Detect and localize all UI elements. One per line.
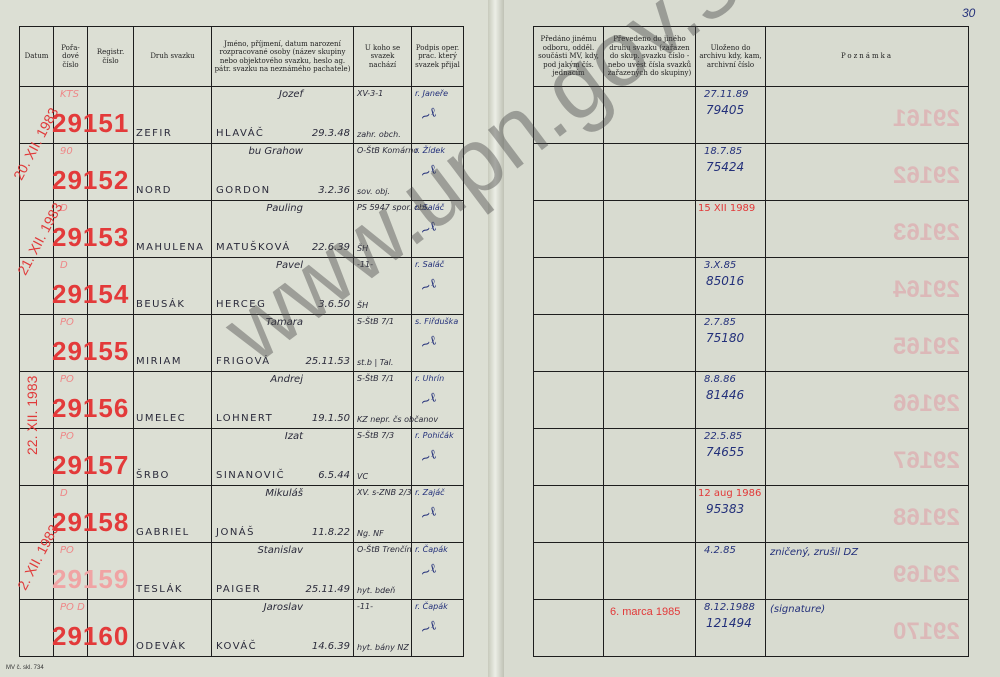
- cell-officer: r. Zajáč ~ℓ: [412, 486, 464, 543]
- first-name: Tamara: [266, 317, 303, 328]
- file-kind: GABRIEL: [136, 527, 190, 538]
- cell-converted: [604, 315, 696, 372]
- file-kind: ŠRBO: [136, 470, 170, 481]
- date-of-birth: 6.5.44: [318, 470, 350, 481]
- cell-converted: [604, 429, 696, 486]
- bleed-through-number: 29168: [893, 504, 960, 532]
- bleed-through-number: 29167: [893, 447, 960, 475]
- first-name: Mikuláš: [265, 488, 303, 499]
- table-row: 6. marca 1985 8.12.1988 121494 (signatur…: [534, 600, 969, 657]
- holder-top: S-ŠtB 7/3: [357, 431, 394, 440]
- date-stamp: 22. XII. 1983: [24, 376, 40, 455]
- table-row: D 29158 GABRIEL Mikuláš JONÁŠ 11.8.22 XV…: [20, 486, 464, 543]
- cell-converted: [604, 201, 696, 258]
- surname: JONÁŠ: [216, 527, 255, 538]
- holder-bottom: hyt. bány NZ: [357, 643, 409, 652]
- bleed-through-number: 29163: [893, 219, 960, 247]
- date-of-birth: 11.8.22: [312, 527, 350, 538]
- cell-officer: r. Čapák ~ℓ: [412, 543, 464, 600]
- bleed-through-number: 29169: [893, 561, 960, 589]
- holder-bottom: zahr. obch.: [357, 130, 401, 139]
- seq-mark: PO: [60, 374, 74, 385]
- seq-mark: PO D: [60, 602, 85, 613]
- cell-holder: XV-3-1 zahr. obch.: [354, 87, 412, 144]
- col-header-officer: Podpis oper. prac. který svazek přijal: [412, 27, 464, 87]
- holder-top: O-ŠtB Trenčín: [357, 545, 412, 554]
- archive-number: 79405: [706, 103, 744, 117]
- cell-reg: [88, 87, 134, 144]
- cell-note: (signature) 29170: [766, 600, 969, 657]
- cell-kind: MAHULENA: [134, 201, 212, 258]
- archive-date: 27.11.89: [704, 89, 749, 100]
- cell-person: Jaroslav KOVÁČ 14.6.39: [212, 600, 354, 657]
- cell-converted: [604, 144, 696, 201]
- cell-holder: S-ŠtB 7/3 VC: [354, 429, 412, 486]
- date-of-birth: 3.6.50: [318, 299, 350, 310]
- officer-name: r. Saláč: [415, 260, 444, 269]
- table-row: 15 XII 1989 29163: [534, 201, 969, 258]
- cell-transfer: [534, 372, 604, 429]
- cell-holder: PS 5947 spor. obl. ŠH: [354, 201, 412, 258]
- holder-bottom: st.b | Tal.: [357, 358, 393, 367]
- cell-note: 29168: [766, 486, 969, 543]
- date-of-birth: 25.11.49: [305, 584, 350, 595]
- archive-date: 22.5.85: [704, 431, 742, 442]
- seq-mark: PO: [60, 317, 74, 328]
- archive-number: 95383: [706, 502, 744, 516]
- cell-seq: D 29154: [54, 258, 88, 315]
- cell-reg: [88, 372, 134, 429]
- cell-officer: s. Fiřduška ~ℓ: [412, 315, 464, 372]
- left-ledger-table: Datum Pořa-dové číslo Registr. číslo Dru…: [19, 26, 464, 657]
- date-of-birth: 19.1.50: [312, 413, 350, 424]
- col-header-note: Poznámka: [766, 27, 969, 87]
- date-of-birth: 29.3.48: [312, 128, 350, 139]
- cell-kind: TESLÁK: [134, 543, 212, 600]
- surname: MATUŠKOVÁ: [216, 242, 291, 253]
- cell-note: 29164: [766, 258, 969, 315]
- cell-archive: 2.7.85 75180: [696, 315, 766, 372]
- table-row: 90 29152 NORD bu Grahow GORDON 3.2.36 O-…: [20, 144, 464, 201]
- cell-kind: MIRIAM: [134, 315, 212, 372]
- cell-converted: [604, 258, 696, 315]
- seq-mark: D: [60, 260, 68, 271]
- cell-archive: 8.12.1988 121494: [696, 600, 766, 657]
- cell-converted: [604, 486, 696, 543]
- archive-number: 75424: [706, 160, 744, 174]
- cell-note: 29162: [766, 144, 969, 201]
- officer-name: s. Fiřduška: [415, 317, 458, 326]
- cell-holder: S-ŠtB 7/1 st.b | Tal.: [354, 315, 412, 372]
- cell-note: 29161: [766, 87, 969, 144]
- cell-kind: GABRIEL: [134, 486, 212, 543]
- table-row: 22.5.85 74655 29167: [534, 429, 969, 486]
- officer-name: r. Žídek: [415, 146, 445, 155]
- cell-transfer: [534, 600, 604, 657]
- col-header-date: Datum: [20, 27, 54, 87]
- cell-reg: [88, 486, 134, 543]
- header-row: Datum Pořa-dové číslo Registr. číslo Dru…: [20, 27, 464, 87]
- cell-seq: PO 29155: [54, 315, 88, 372]
- file-kind: TESLÁK: [136, 584, 183, 595]
- holder-bottom: VC: [357, 472, 368, 481]
- archive-number: 121494: [706, 616, 752, 630]
- seq-mark: D: [60, 488, 68, 499]
- cell-note: 29166: [766, 372, 969, 429]
- officer-signature: ~ℓ: [417, 560, 439, 581]
- cell-seq: PO 29157: [54, 429, 88, 486]
- table-row: PO 29157 ŠRBO Izat SINANOVIČ 6.5.44 S-Št…: [20, 429, 464, 486]
- col-header-holder: U koho se svazek nachází: [354, 27, 412, 87]
- note: zničený, zrušil DZ: [770, 547, 858, 558]
- holder-top: O-ŠtB Komárno: [357, 146, 418, 155]
- archive-date: 8.8.86: [704, 374, 736, 385]
- file-kind: ZEFIR: [136, 128, 172, 139]
- cell-converted: 6. marca 1985: [604, 600, 696, 657]
- archive-date: 15 XII 1989: [698, 203, 755, 214]
- table-row: 18.7.85 75424 29162: [534, 144, 969, 201]
- officer-signature: ~ℓ: [417, 218, 439, 239]
- first-name: Jaroslav: [264, 602, 303, 613]
- cell-seq: PO 29156: [54, 372, 88, 429]
- col-header-kind: Druh svazku: [134, 27, 212, 87]
- table-row: PO 29155 MIRIAM Tamara FRIGOVÁ 25.11.53 …: [20, 315, 464, 372]
- surname: FRIGOVÁ: [216, 356, 271, 367]
- cell-holder: -11- hyt. bány NZ: [354, 600, 412, 657]
- cell-holder: -11- ŠH: [354, 258, 412, 315]
- cell-person: Mikuláš JONÁŠ 11.8.22: [212, 486, 354, 543]
- table-row: PO 29156 UMELEC Andrej LOHNERT 19.1.50 S…: [20, 372, 464, 429]
- holder-bottom: ŠH: [357, 301, 368, 310]
- col-header-reg: Registr. číslo: [88, 27, 134, 87]
- table-row: 3.X.85 85016 29164: [534, 258, 969, 315]
- cell-converted: [604, 372, 696, 429]
- table-row: 4.2.85 zničený, zrušil DZ 29169: [534, 543, 969, 600]
- table-row: PO D 29160 ODEVÁK Jaroslav KOVÁČ 14.6.39…: [20, 600, 464, 657]
- officer-signature: ~ℓ: [417, 104, 439, 125]
- cell-archive: 12 aug 1986 95383: [696, 486, 766, 543]
- officer-signature: ~ℓ: [417, 389, 439, 410]
- table-row: D 29154 BEUSÁK Pavel HERCEG 3.6.50 -11- …: [20, 258, 464, 315]
- archive-date: 2.7.85: [704, 317, 736, 328]
- file-kind: BEUSÁK: [136, 299, 185, 310]
- bleed-through-number: 29162: [893, 162, 960, 190]
- cell-officer: r. Saláč ~ℓ: [412, 258, 464, 315]
- cell-note: 29163: [766, 201, 969, 258]
- table-row: 2.7.85 75180 29165: [534, 315, 969, 372]
- cell-note: 29167: [766, 429, 969, 486]
- holder-top: XV. s-ZNB 2/3: [357, 488, 412, 497]
- archive-date: 18.7.85: [704, 146, 742, 157]
- cell-archive: 22.5.85 74655: [696, 429, 766, 486]
- note: (signature): [770, 604, 825, 615]
- seq-mark: PO: [60, 545, 74, 556]
- cell-archive: 18.7.85 75424: [696, 144, 766, 201]
- surname: SINANOVIČ: [216, 470, 285, 481]
- cell-reg: [88, 600, 134, 657]
- officer-signature: ~ℓ: [417, 503, 439, 524]
- first-name: Andrej: [270, 374, 303, 385]
- cell-note: zničený, zrušil DZ 29169: [766, 543, 969, 600]
- cell-reg: [88, 315, 134, 372]
- first-name: Pauling: [266, 203, 303, 214]
- table-row: 27.11.89 79405 29161: [534, 87, 969, 144]
- cell-holder: O-ŠtB Komárno sov. obj.: [354, 144, 412, 201]
- first-name: bu Grahow: [249, 146, 304, 157]
- cell-archive: 8.8.86 81446: [696, 372, 766, 429]
- seq-mark: PO: [60, 431, 74, 442]
- cell-transfer: [534, 315, 604, 372]
- page-number: 30: [962, 6, 975, 20]
- cell-kind: ODEVÁK: [134, 600, 212, 657]
- cell-holder: XV. s-ZNB 2/3 Ng. NF: [354, 486, 412, 543]
- holder-bottom: hyt. bdeň: [357, 586, 395, 595]
- cell-officer: r. Uhrín ~ℓ: [412, 372, 464, 429]
- holder-bottom: Ng. NF: [357, 529, 384, 538]
- cell-officer: r. Janeře ~ℓ: [412, 87, 464, 144]
- date-of-birth: 25.11.53: [305, 356, 350, 367]
- bleed-through-number: 29165: [893, 333, 960, 361]
- cell-transfer: [534, 87, 604, 144]
- cell-archive: 3.X.85 85016: [696, 258, 766, 315]
- cell-holder: S-ŠtB 7/1 KZ nepr. čs občanov: [354, 372, 412, 429]
- cell-holder: O-ŠtB Trenčín hyt. bdeň: [354, 543, 412, 600]
- officer-name: r. Saláč: [415, 203, 444, 212]
- archive-date: 3.X.85: [704, 260, 736, 271]
- officer-signature: ~ℓ: [417, 332, 439, 353]
- file-kind: MIRIAM: [136, 356, 182, 367]
- cell-kind: NORD: [134, 144, 212, 201]
- col-header-transfer: Předáno jinému odboru, odděl. součásti M…: [534, 27, 604, 87]
- converted-stamp: 6. marca 1985: [610, 606, 680, 618]
- cell-kind: UMELEC: [134, 372, 212, 429]
- table-row: D 29153 MAHULENA Pauling MATUŠKOVÁ 22.6.…: [20, 201, 464, 258]
- table-row: KTS 29151 ZEFIR Jozef HLAVÁČ 29.3.48 XV-…: [20, 87, 464, 144]
- cell-transfer: [534, 486, 604, 543]
- first-name: Izat: [285, 431, 303, 442]
- cell-officer: r. Žídek ~ℓ: [412, 144, 464, 201]
- bleed-through-number: 29170: [893, 618, 960, 646]
- cell-converted: [604, 543, 696, 600]
- bleed-through-number: 29166: [893, 390, 960, 418]
- archive-number: 81446: [706, 388, 744, 402]
- cell-converted: [604, 87, 696, 144]
- cell-person: Pauling MATUŠKOVÁ 22.6.39: [212, 201, 354, 258]
- col-header-archive: Uloženo do archivu kdy, kam, archivní čí…: [696, 27, 766, 87]
- cell-officer: r. Čapák ~ℓ: [412, 600, 464, 657]
- book-gutter: [488, 0, 504, 677]
- col-header-person: Jméno, příjmení, datum narození rozpraco…: [212, 27, 354, 87]
- cell-transfer: [534, 201, 604, 258]
- archive-date: 12 aug 1986: [698, 488, 761, 499]
- cell-officer: r. Saláč ~ℓ: [412, 201, 464, 258]
- holder-bottom: sov. obj.: [357, 187, 390, 196]
- cell-kind: ŠRBO: [134, 429, 212, 486]
- cell-person: Pavel HERCEG 3.6.50: [212, 258, 354, 315]
- cell-reg: [88, 429, 134, 486]
- archive-number: 75180: [706, 331, 744, 345]
- cell-archive: 15 XII 1989: [696, 201, 766, 258]
- cell-date: [20, 315, 54, 372]
- cell-transfer: [534, 258, 604, 315]
- table-row: 8.8.86 81446 29166: [534, 372, 969, 429]
- first-name: Stanislav: [257, 545, 303, 556]
- file-kind: MAHULENA: [136, 242, 205, 253]
- cell-person: Jozef HLAVÁČ 29.3.48: [212, 87, 354, 144]
- officer-name: r. Janeře: [415, 89, 448, 98]
- officer-name: r. Uhrín: [415, 374, 444, 383]
- holder-top: -11-: [357, 260, 373, 269]
- file-kind: UMELEC: [136, 413, 186, 424]
- archive-number: 74655: [706, 445, 744, 459]
- cell-note: 29165: [766, 315, 969, 372]
- surname: HERCEG: [216, 299, 266, 310]
- col-header-seq: Pořa-dové číslo: [54, 27, 88, 87]
- cell-archive: 4.2.85: [696, 543, 766, 600]
- cell-reg: [88, 144, 134, 201]
- holder-top: S-ŠtB 7/1: [357, 374, 394, 383]
- holder-top: -11-: [357, 602, 373, 611]
- officer-name: r. Zajáč: [415, 488, 445, 497]
- holder-top: S-ŠtB 7/1: [357, 317, 394, 326]
- cell-reg: [88, 258, 134, 315]
- table-row: 12 aug 1986 95383 29168: [534, 486, 969, 543]
- cell-officer: r. Pohičák ~ℓ: [412, 429, 464, 486]
- surname: HLAVÁČ: [216, 128, 264, 139]
- form-code: MV č. skl. 734: [6, 665, 44, 671]
- officer-name: r. Čapák: [415, 602, 448, 611]
- date-of-birth: 22.6.39: [312, 242, 350, 253]
- archive-date: 8.12.1988: [704, 602, 755, 613]
- cell-transfer: [534, 429, 604, 486]
- cell-reg: [88, 201, 134, 258]
- holder-bottom: ŠH: [357, 244, 368, 253]
- table-row: PO 29159 TESLÁK Stanislav PAIGER 25.11.4…: [20, 543, 464, 600]
- file-kind: NORD: [136, 185, 172, 196]
- cell-transfer: [534, 543, 604, 600]
- date-of-birth: 14.6.39: [312, 641, 350, 652]
- cell-reg: [88, 543, 134, 600]
- cell-person: Tamara FRIGOVÁ 25.11.53: [212, 315, 354, 372]
- surname: PAIGER: [216, 584, 261, 595]
- cell-person: bu Grahow GORDON 3.2.36: [212, 144, 354, 201]
- officer-signature: ~ℓ: [417, 161, 439, 182]
- col-header-converted: Převedeno do jiného druhu svazku (zařaze…: [604, 27, 696, 87]
- cell-transfer: [534, 144, 604, 201]
- cell-seq: PO D 29160: [54, 600, 88, 657]
- cell-person: Stanislav PAIGER 25.11.49: [212, 543, 354, 600]
- cell-seq: PO 29159: [54, 543, 88, 600]
- seq-mark: KTS: [60, 89, 79, 100]
- archive-date: 4.2.85: [704, 545, 736, 556]
- officer-name: r. Čapák: [415, 545, 448, 554]
- cell-kind: ZEFIR: [134, 87, 212, 144]
- first-name: Pavel: [276, 260, 303, 271]
- header-row: Předáno jinému odboru, odděl. součásti M…: [534, 27, 969, 87]
- archive-number: 85016: [706, 274, 744, 288]
- surname: LOHNERT: [216, 413, 273, 424]
- cell-person: Izat SINANOVIČ 6.5.44: [212, 429, 354, 486]
- file-kind: ODEVÁK: [136, 641, 187, 652]
- cell-archive: 27.11.89 79405: [696, 87, 766, 144]
- holder-top: XV-3-1: [357, 89, 383, 98]
- cell-seq: 90 29152: [54, 144, 88, 201]
- cell-person: Andrej LOHNERT 19.1.50: [212, 372, 354, 429]
- bleed-through-number: 29161: [893, 105, 960, 133]
- cell-date: [20, 600, 54, 657]
- officer-name: r. Pohičák: [415, 431, 454, 440]
- seq-mark: 90: [60, 146, 73, 157]
- officer-signature: ~ℓ: [417, 446, 439, 467]
- officer-signature: ~ℓ: [417, 617, 439, 638]
- first-name: Jozef: [279, 89, 303, 100]
- cell-kind: BEUSÁK: [134, 258, 212, 315]
- right-ledger-table: Předáno jinému odboru, odděl. součásti M…: [533, 26, 969, 657]
- surname: GORDON: [216, 185, 271, 196]
- surname: KOVÁČ: [216, 641, 257, 652]
- bleed-through-number: 29164: [893, 276, 960, 304]
- officer-signature: ~ℓ: [417, 275, 439, 296]
- date-of-birth: 3.2.36: [318, 185, 350, 196]
